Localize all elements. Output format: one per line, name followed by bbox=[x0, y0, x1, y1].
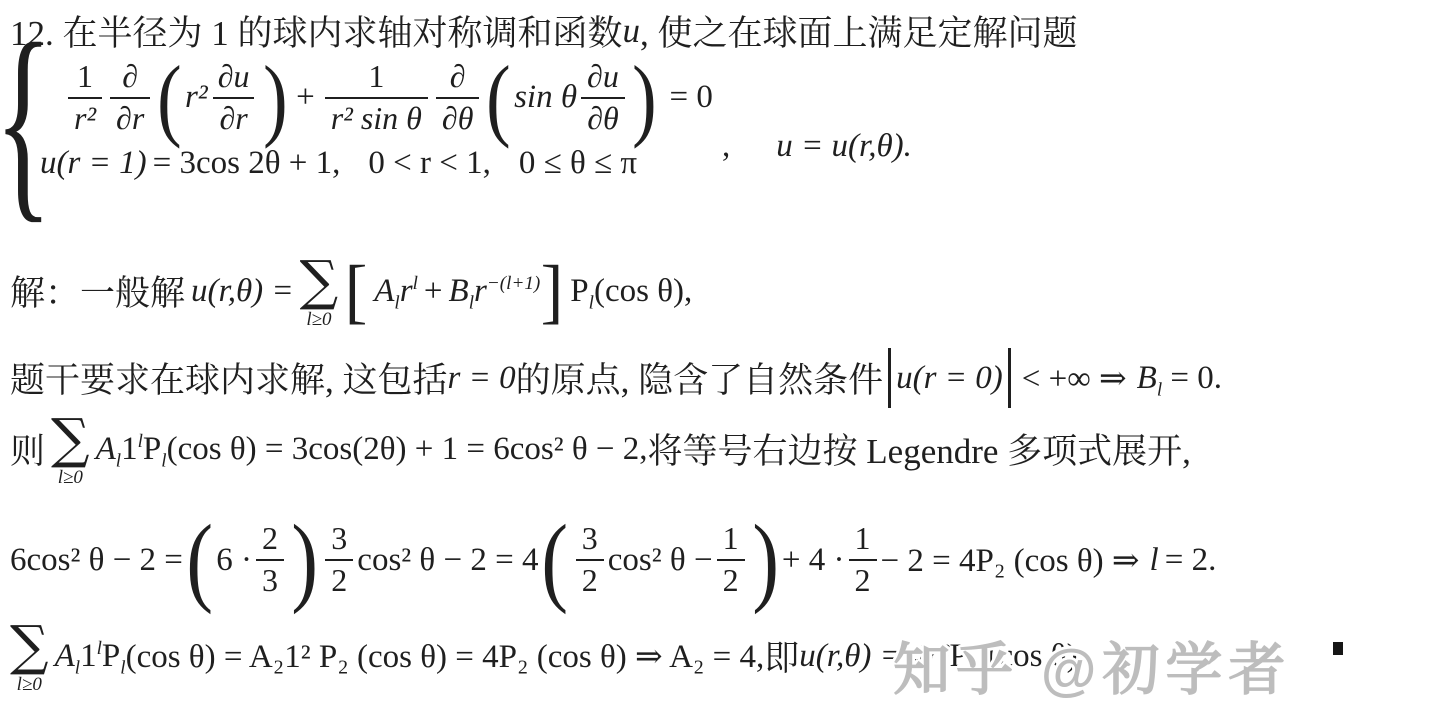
general-tail: (cos θ), bbox=[594, 273, 692, 310]
legendre-mid2: cos² θ − bbox=[608, 542, 713, 579]
A-one-P-terms: Al1lPl bbox=[96, 431, 167, 468]
u-variable: u bbox=[623, 11, 641, 51]
legendre-mid1: cos² θ − 2 = 4 bbox=[357, 542, 538, 579]
fraction-one-over-r2: 1 r² bbox=[68, 60, 102, 135]
abs-content: u(r = 0) bbox=[896, 360, 1003, 397]
natural-text2: 的原点, 隐含了自然条件 bbox=[516, 353, 884, 403]
finite-condition: < +∞ ⇒ bbox=[1022, 358, 1127, 398]
plus-sign: + bbox=[424, 273, 443, 310]
expansion-line: 则 ∑ l≥0 Al1lPl (cos θ) = 3cos(2θ) + 1 = … bbox=[10, 408, 1191, 490]
expand-rhs: (cos θ) = 3cos(2θ) + 1 = 6cos² θ − 2, bbox=[167, 431, 648, 468]
system-equations: 1 r² ∂ ∂r ( r² ∂u ∂r ) + 1 r² sin θ bbox=[40, 60, 713, 182]
final-text: 即 bbox=[764, 631, 799, 681]
fraction-2-3: 2 3 bbox=[256, 522, 284, 597]
fraction-d-dr: ∂ ∂r bbox=[110, 60, 150, 135]
r-equals-0: r = 0 bbox=[448, 360, 516, 397]
pde-equation: 1 r² ∂ ∂r ( r² ∂u ∂r ) + 1 r² sin θ bbox=[64, 60, 713, 135]
B-l-zero: Bl = 0. bbox=[1137, 360, 1222, 397]
abs-bar bbox=[1008, 348, 1011, 408]
bc-cond1: 0 < r < 1, bbox=[368, 145, 490, 182]
legendre-lhs: 6cos² θ − 2 = bbox=[10, 542, 183, 579]
bc-cond2: 0 ≤ θ ≤ π bbox=[519, 145, 637, 182]
problem-text-before: 12. 在半径为 1 的球内求轴对称调和函数 bbox=[10, 6, 623, 56]
l-variable: l bbox=[1150, 542, 1159, 579]
problem-text-after: , 使之在球面上满足定解问题 bbox=[640, 6, 1078, 56]
fraction-du-dr: ∂u ∂r bbox=[212, 60, 256, 135]
r-squared: r² bbox=[185, 79, 208, 116]
expand-lead: 则 bbox=[10, 424, 45, 474]
l-equals-2: = 2. bbox=[1165, 542, 1217, 579]
fraction-3-2: 3 2 bbox=[325, 522, 353, 597]
scan-artifact-dot bbox=[1333, 642, 1343, 655]
general-solution-line: 解：一般解 u(r,θ) = ∑ l≥0 [ Alrl + Blr−(l+1) … bbox=[10, 248, 692, 334]
expand-tail: 将等号右边按 Legendre 多项式展开, bbox=[648, 424, 1191, 474]
document-page: 12. 在半径为 1 的球内求轴对称调和函数 u, 使之在球面上满足定解问题 {… bbox=[0, 0, 1440, 718]
final-mid: (cos θ) = A₂1² P₂ (cos θ) = 4P₂ (cos θ) … bbox=[126, 636, 765, 676]
sin-theta: sin θ bbox=[514, 79, 577, 116]
pde-system: { 1 r² ∂ ∂r ( r² ∂u ∂r ) + bbox=[6, 60, 713, 182]
unknown-definition: u = u(r,θ). bbox=[776, 128, 912, 165]
legendre-P: Pl bbox=[570, 273, 594, 310]
A-one-P-terms: Al1lPl bbox=[55, 638, 126, 675]
plus-four: + 4 · bbox=[782, 542, 845, 579]
fraction-1-2: 1 2 bbox=[717, 522, 745, 597]
unknown-note: , u = u(r,θ). bbox=[722, 128, 912, 165]
natural-text1: 题干要求在球内求解, 这包括 bbox=[10, 353, 448, 403]
fraction-1-2: 1 2 bbox=[849, 522, 877, 597]
equals-zero: = 0 bbox=[670, 79, 713, 116]
sum-symbol: ∑ l≥0 bbox=[300, 254, 339, 329]
bc-lhs: u(r = 1) bbox=[40, 145, 147, 182]
fraction-d-dtheta: ∂ ∂θ bbox=[436, 60, 480, 135]
natural-condition-line: 题干要求在球内求解, 这包括 r = 0 的原点, 隐含了自然条件 u(r = … bbox=[10, 346, 1222, 410]
fraction-du-dtheta: ∂u ∂θ bbox=[581, 60, 625, 135]
six-dot: 6 · bbox=[216, 542, 252, 579]
legendre-tail: − 2 = 4P₂ (cos θ) ⇒ bbox=[881, 540, 1140, 580]
sum-symbol: ∑ l≥0 bbox=[10, 619, 49, 694]
comma: , bbox=[722, 128, 730, 165]
bc-rhs: = 3cos 2θ + 1, bbox=[153, 145, 341, 182]
abs-bar bbox=[888, 348, 891, 408]
term-A-r-l: Alrl bbox=[374, 273, 418, 310]
fraction-3-2: 3 2 bbox=[576, 522, 604, 597]
fraction-one-over-r2sin: 1 r² sin θ bbox=[325, 60, 428, 135]
term-B-r-neg: Blr−(l+1) bbox=[449, 273, 541, 310]
boundary-condition: u(r = 1) = 3cos 2θ + 1, 0 < r < 1, 0 ≤ θ… bbox=[40, 145, 713, 182]
solution-lead: 解：一般解 bbox=[10, 266, 185, 316]
zhihu-watermark: 知乎 @初学者 bbox=[893, 624, 1291, 706]
plus-sign: + bbox=[296, 79, 315, 116]
general-lhs: u(r,θ) = bbox=[191, 273, 294, 310]
legendre-line: 6cos² θ − 2 = ( 6 · 2 3 ) 3 2 cos² θ − 2… bbox=[10, 506, 1216, 614]
sum-symbol: ∑ l≥0 bbox=[51, 412, 90, 487]
